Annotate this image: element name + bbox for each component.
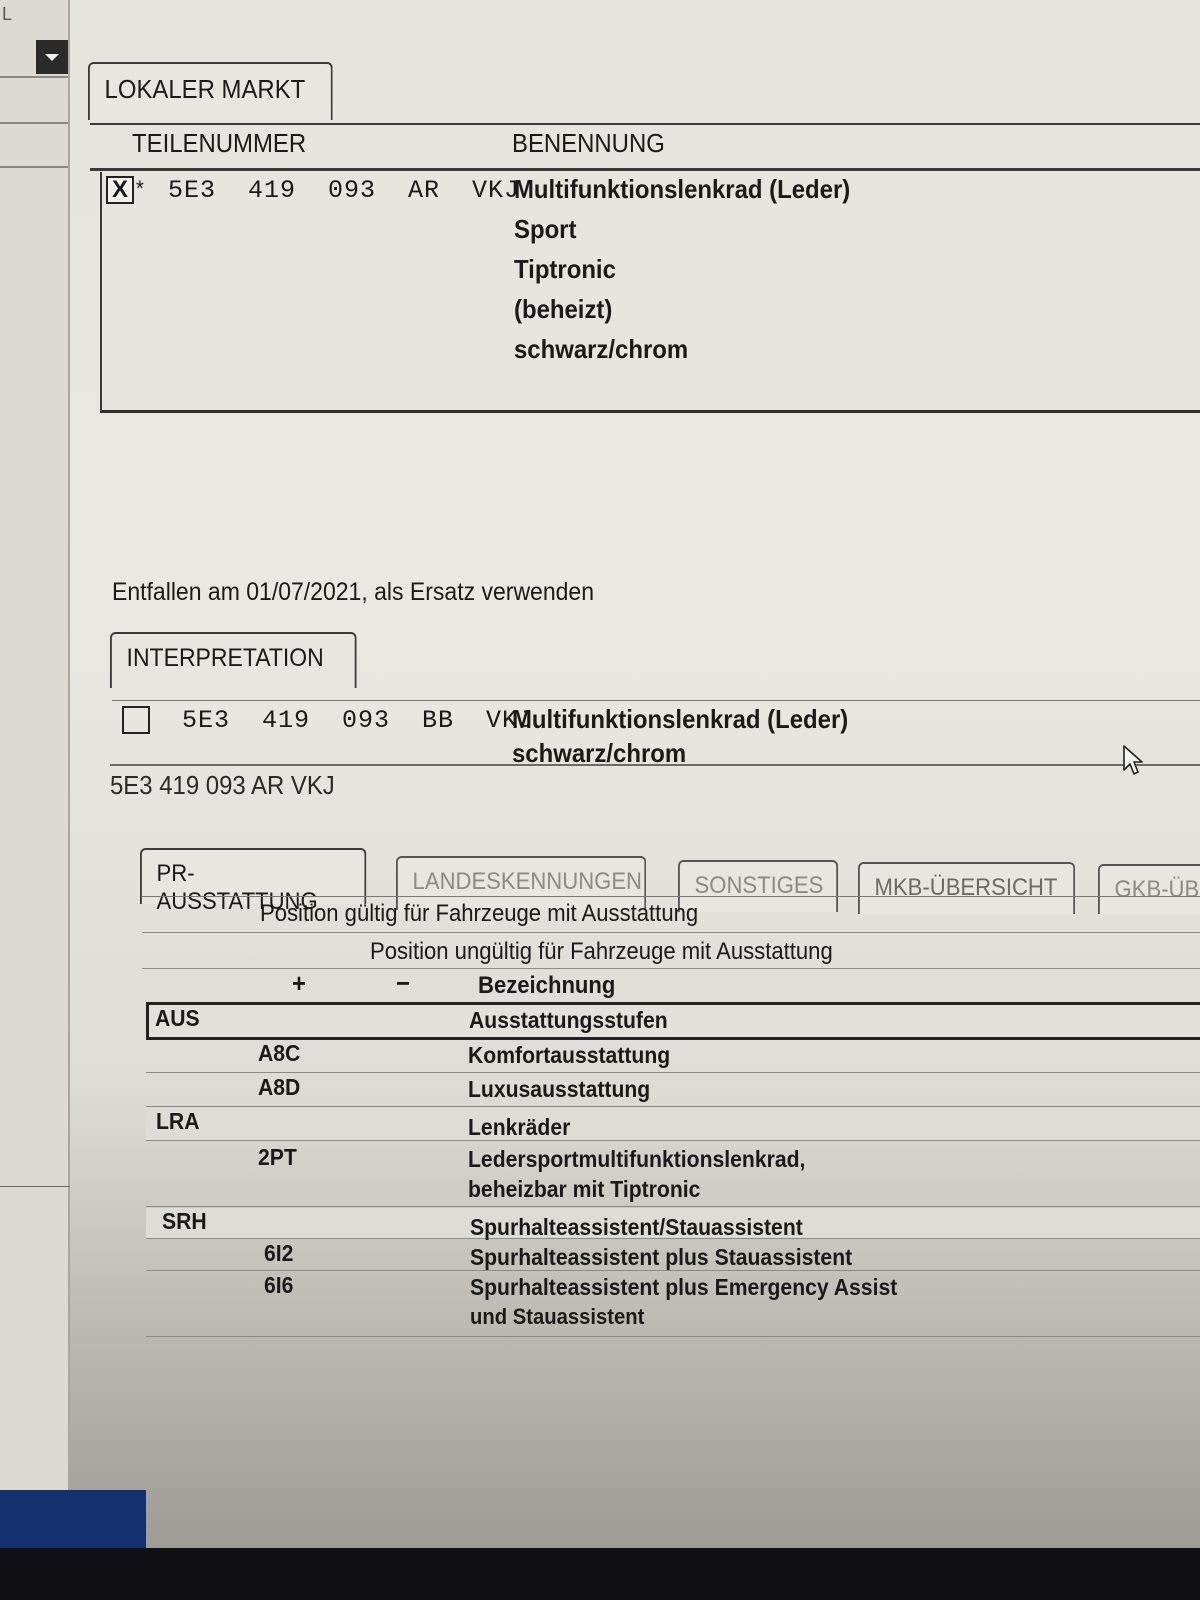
tab-label: SONSTIGES [695, 872, 824, 899]
description: Ledersportmultifunktionslenkrad, [468, 1146, 805, 1173]
description-line: Multifunktionslenkrad (Leder) [514, 174, 850, 205]
table-row[interactable]: X * 5E3 419 093 AR VKJ Multifunktionslen… [102, 172, 1200, 402]
divider [110, 764, 1200, 766]
tab-label: LOKALER MARKT [105, 74, 306, 104]
description-line: Sport [514, 214, 576, 245]
check-mark-icon: X [112, 176, 128, 203]
taskbar-accent [0, 1490, 146, 1550]
description-line: (beheizt) [514, 294, 612, 325]
divider [142, 932, 1200, 933]
star-marker: * [136, 176, 144, 202]
description-line: Tiptronic [514, 254, 616, 285]
tab-sonstiges[interactable]: SONSTIGES [678, 860, 838, 912]
description: Spurhalteassistent/Stauassistent [470, 1214, 803, 1241]
description: Lenkräder [468, 1114, 570, 1141]
divider [90, 123, 1200, 125]
tab-label: INTERPRETATION [127, 644, 324, 672]
tab-lokaler-markt[interactable]: LOKALER MARKT [88, 62, 333, 120]
divider [112, 700, 1200, 701]
row-checkbox[interactable] [122, 706, 150, 734]
main-content: LOKALER MARKT TEILENUMMER BENENNUNG X * … [70, 0, 1200, 1550]
pr-code-plus: A8D [258, 1074, 300, 1101]
status-message: Entfallen am 01/07/2021, als Ersatz verw… [112, 578, 594, 607]
column-header-plus: + [292, 968, 306, 999]
column-header-teilenummer[interactable]: TEILENUMMER [132, 128, 306, 159]
left-panel: L [0, 0, 70, 1520]
mouse-cursor-icon [1122, 744, 1148, 778]
column-header-bezeichnung: Bezeichnung [478, 972, 615, 1000]
table-row[interactable]: AUS Ausstattungsstufen [146, 1002, 1200, 1040]
parts-list: X * 5E3 419 093 AR VKJ Multifunktionslen… [100, 172, 1200, 413]
divider [0, 166, 68, 168]
family-code: AUS [155, 1005, 200, 1032]
table-row[interactable]: 5E3 419 093 BB VKJ Multifunktionslenkrad… [114, 702, 1200, 762]
selected-part-number: 5E3 419 093 AR VKJ [110, 770, 335, 801]
dropdown-button[interactable] [36, 40, 68, 74]
description-line: schwarz/chrom [514, 334, 688, 365]
description: und Stauassistent [470, 1304, 644, 1330]
divider [142, 896, 1200, 897]
screen-bezel [0, 1548, 1200, 1600]
table-row[interactable]: A8C Komfortausstattung [146, 1040, 1200, 1073]
tab-mkb-uebersicht[interactable]: MKB-ÜBERSICHT [858, 862, 1075, 914]
table-row[interactable]: 6I2 Spurhalteassistent plus Stauassisten… [146, 1240, 1200, 1271]
description: beheizbar mit Tiptronic [468, 1176, 700, 1203]
left-panel-glyph: L [2, 4, 12, 25]
family-code: SRH [162, 1208, 207, 1235]
tab-label: GKB-ÜB [1115, 876, 1200, 903]
column-header-benennung[interactable]: BENENNUNG [512, 128, 665, 159]
caret-down-icon [45, 54, 59, 61]
divider [90, 168, 1200, 171]
part-number: 5E3 419 093 AR VKJ [168, 176, 520, 205]
row-checkbox[interactable]: X [106, 176, 134, 204]
divider [0, 76, 68, 78]
pr-code-plus: A8C [258, 1040, 300, 1067]
tab-label: LANDESKENNUNGEN [413, 868, 642, 895]
pr-code-plus: 2PT [258, 1144, 297, 1171]
pr-code-plus: 6I2 [264, 1240, 293, 1267]
table-row[interactable]: SRH Spurhalteassistent/Stauassistent [146, 1208, 1200, 1239]
description: Komfortausstattung [468, 1042, 670, 1069]
table-row[interactable]: LRA Lenkräder [146, 1108, 1200, 1141]
table-row[interactable]: A8D Luxusausstattung [146, 1074, 1200, 1107]
description: Ausstattungsstufen [469, 1007, 668, 1034]
description-line: Multifunktionslenkrad (Leder) [512, 704, 848, 735]
tab-gkb-uebersicht[interactable]: GKB-ÜB [1098, 864, 1200, 914]
table-row[interactable]: 6I6 Spurhalteassistent plus Emergency As… [146, 1272, 1200, 1337]
description: Spurhalteassistent plus Stauassistent [470, 1244, 852, 1271]
description: Spurhalteassistent plus Emergency Assist [470, 1274, 897, 1301]
part-number: 5E3 419 093 BB VKJ [182, 706, 534, 735]
pr-code-plus: 6I6 [264, 1272, 293, 1299]
description: Luxusausstattung [468, 1076, 650, 1103]
tab-interpretation[interactable]: INTERPRETATION [110, 632, 357, 688]
family-code: LRA [156, 1108, 199, 1135]
header-invalid: Position ungültig für Fahrzeuge mit Auss… [370, 938, 833, 966]
table-row[interactable]: 2PT Ledersportmultifunktionslenkrad, beh… [146, 1142, 1200, 1207]
column-header-minus: − [396, 968, 410, 999]
pr-table: AUS Ausstattungsstufen A8C Komfortaussta… [146, 1002, 1200, 1342]
header-valid: Position gültig für Fahrzeuge mit Aussta… [260, 900, 698, 928]
divider [0, 122, 68, 124]
